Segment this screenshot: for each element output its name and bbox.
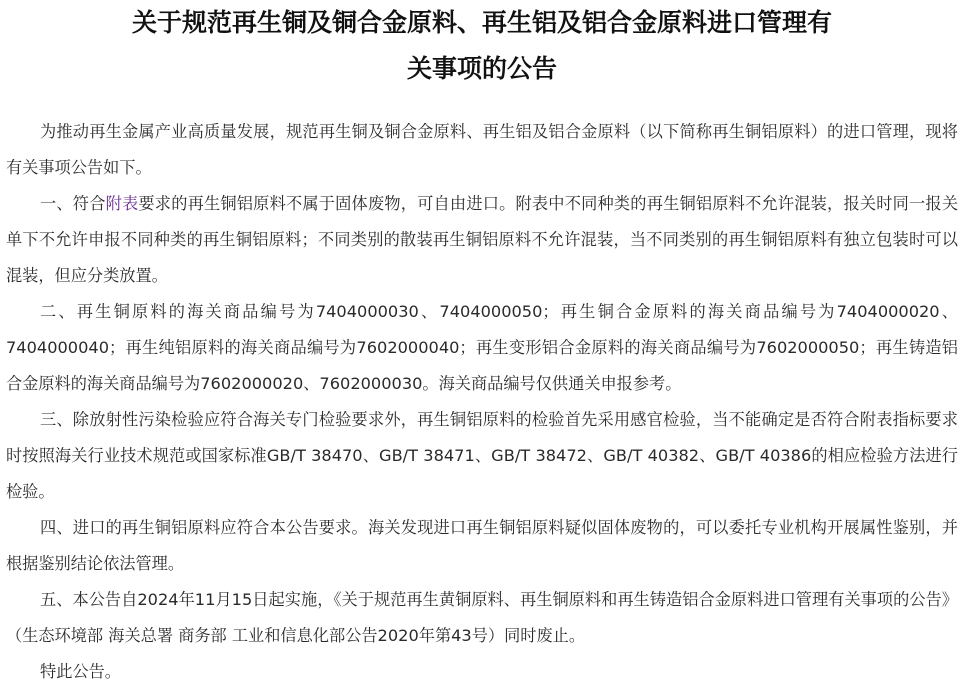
item-1-paragraph: 一、符合附表要求的再生铜铝原料不属于固体废物，可自由进口。附表中不同种类的再生铜… [6, 186, 958, 294]
item-2-paragraph: 二、再生铜原料的海关商品编号为7404000030、7404000050；再生铜… [6, 294, 958, 402]
item-5-paragraph: 五、本公告自2024年11月15日起实施，《关于规范再生黄铜原料、再生铜原料和再… [6, 582, 958, 654]
title-line-1: 关于规范再生铜及铜合金原料、再生铝及铝合金原料进口管理有 [6, 0, 958, 46]
title-line-2: 关事项的公告 [6, 46, 958, 92]
document-body: 为推动再生金属产业高质量发展，规范再生铜及铜合金原料、再生铝及铝合金原料（以下简… [6, 114, 958, 682]
announcement-document: 关于规范再生铜及铜合金原料、再生铝及铝合金原料进口管理有 关事项的公告 为推动再… [0, 0, 962, 682]
closing-paragraph: 特此公告。 [6, 654, 958, 682]
document-title: 关于规范再生铜及铜合金原料、再生铝及铝合金原料进口管理有 关事项的公告 [6, 0, 958, 92]
appendix-link[interactable]: 附表 [106, 194, 139, 213]
item-4-paragraph: 四、进口的再生铜铝原料应符合本公告要求。海关发现进口再生铜铝原料疑似固体废物的，… [6, 510, 958, 582]
item-1-suffix: 要求的再生铜铝原料不属于固体废物，可自由进口。附表中不同种类的再生铜铝原料不允许… [6, 194, 958, 285]
intro-paragraph: 为推动再生金属产业高质量发展，规范再生铜及铜合金原料、再生铝及铝合金原料（以下简… [6, 114, 958, 186]
item-1-prefix: 一、符合 [40, 194, 106, 213]
item-3-paragraph: 三、除放射性污染检验应符合海关专门检验要求外，再生铜铝原料的检验首先采用感官检验… [6, 402, 958, 510]
